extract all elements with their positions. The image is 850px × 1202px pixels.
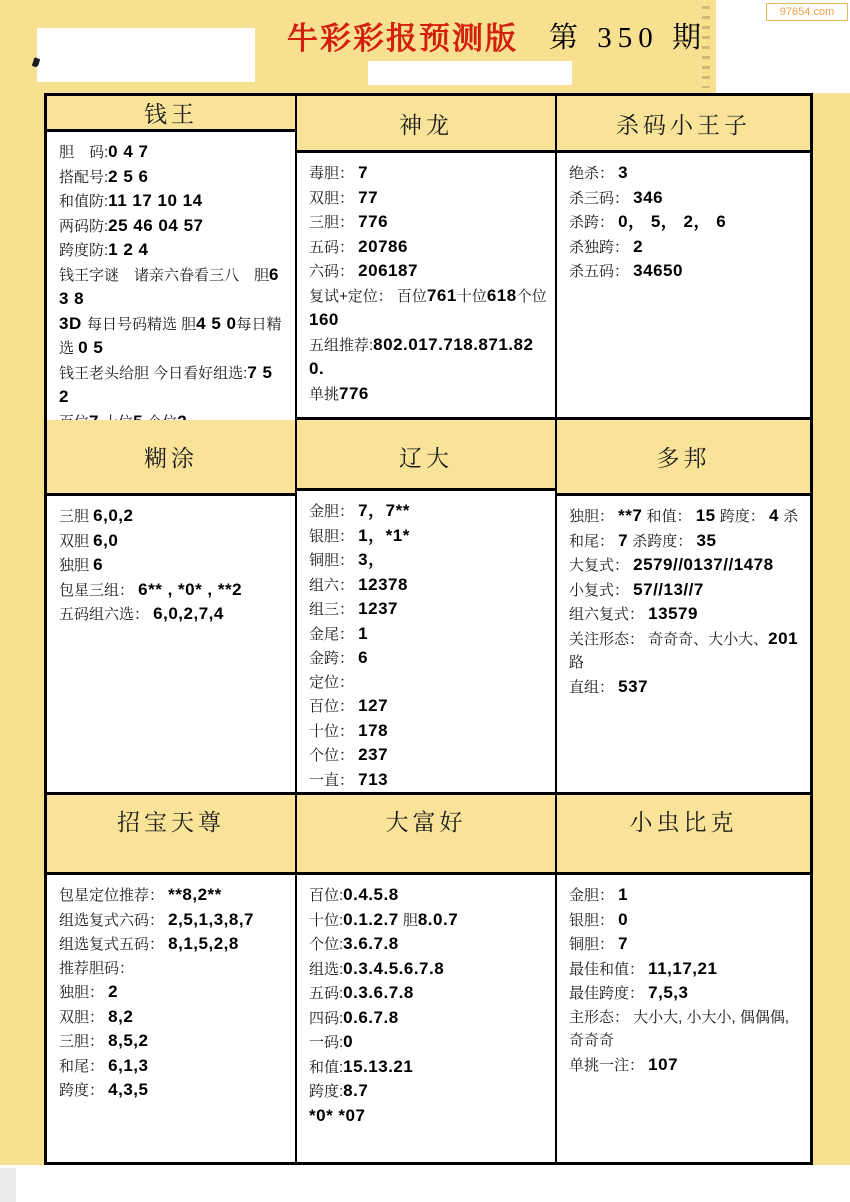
prediction-line: 跨度防:1 2 4 — [59, 238, 287, 263]
prediction-line: *0* *07 — [309, 1104, 547, 1129]
label-text: 三胆： — [309, 214, 358, 231]
panel-zhaobao-tianzun: 招宝天尊 包星定位推荐： **8,2**组选复式六码： 2,5,1,3,8,7组… — [47, 795, 297, 1162]
prediction-line: 百位:0.4.5.8 — [309, 883, 547, 908]
prediction-line: 复试+定位： 百位761十位618个位160 — [309, 284, 547, 333]
value-text: 206187 — [358, 261, 418, 280]
prediction-line: 六码： 206187 — [309, 259, 547, 284]
prediction-line: 五码组六选： 6,0,2,7,4 — [59, 602, 287, 627]
label-text: 三胆 — [59, 508, 93, 525]
cutoff-text-artifact — [702, 6, 710, 88]
prediction-line: 胆 码:0 4 7 — [59, 140, 287, 165]
prediction-line: 双胆： 77 — [309, 186, 547, 211]
prediction-line: 跨度:8.7 — [309, 1079, 547, 1104]
prediction-line: 推荐胆码： — [59, 957, 287, 981]
title-band: 牛彩彩报预测版 第 350 期 — [0, 0, 716, 93]
value-text: 2 5 6 — [108, 167, 148, 186]
prediction-line: 主形态： 大小大, 小大小, 偶偶偶, 奇奇奇 — [569, 1006, 802, 1053]
panel-title: 辽大 — [399, 440, 453, 473]
label-text: 金尾： — [309, 626, 358, 643]
label-text: 双胆： — [309, 190, 358, 207]
value-text: 0.3.4.5.6.7.8 — [343, 959, 444, 978]
value-text: 8.7 — [343, 1081, 368, 1100]
label-text: 铜胆： — [569, 936, 618, 953]
value-text: 7 — [618, 934, 628, 953]
label-text: 两码防: — [59, 218, 108, 235]
prediction-line: 个位： 237 — [309, 743, 547, 768]
label-text: 杀跨： — [569, 214, 618, 231]
prediction-line: 银胆： 1，*1* — [309, 524, 547, 549]
value-text: 6,0,2 — [93, 506, 133, 525]
label-text: 五码组六选： — [59, 606, 153, 623]
prediction-line: 五码： 20786 — [309, 235, 547, 260]
panel-header: 招宝天尊 — [47, 795, 295, 875]
prediction-line: 双胆 6,0 — [59, 529, 287, 554]
prediction-line: 金尾： 1 — [309, 622, 547, 647]
value-text: 6,0 — [93, 531, 118, 550]
panel-header: 多邦 — [557, 420, 810, 496]
label-text: 跨度： — [716, 508, 769, 525]
panel-title: 糊涂 — [144, 440, 198, 473]
label-text: 和尾： — [59, 1058, 108, 1075]
prediction-line: 搭配号:2 5 6 — [59, 165, 287, 190]
label-text: 复试+定位： 百位 — [309, 288, 427, 305]
value-text: 237 — [358, 745, 388, 764]
value-text: 6,1,3 — [108, 1056, 148, 1075]
label-text: 铜胆： — [309, 552, 358, 569]
prediction-line: 和尾： 6,1,3 — [59, 1054, 287, 1079]
label-text: 组选复式六码： — [59, 912, 168, 929]
value-text: 2 — [633, 237, 643, 256]
prediction-line: 钱王老头给胆 今日看好组选:7 5 2 — [59, 361, 287, 410]
prediction-line: 个位:3.6.7.8 — [309, 932, 547, 957]
prediction-line: 组三： 1237 — [309, 597, 547, 622]
value-text: **8,2** — [168, 885, 222, 904]
left-margin — [0, 93, 44, 1165]
label-text: 搭配号: — [59, 169, 108, 186]
label-text: 双胆： — [59, 1009, 108, 1026]
panel-body: 金胆： 7，7**银胆： 1，*1*铜胆： 3，组六： 12378组三： 123… — [297, 491, 555, 792]
value-text: 6** , *0* , **2 — [138, 580, 242, 599]
value-text: 713 — [358, 770, 388, 789]
panel-body: 胆 码:0 4 7搭配号:2 5 6和值防:11 17 10 14两码防:25 … — [47, 132, 295, 434]
label-text: 钱王字谜 诸亲六眷看三八 胆 — [59, 267, 269, 284]
prediction-line: 三胆： 8,5,2 — [59, 1029, 287, 1054]
prediction-line: 组选:0.3.4.5.6.7.8 — [309, 957, 547, 982]
panel-header: 钱王 — [47, 96, 295, 132]
value-text: 0.3.6.7.8 — [343, 983, 414, 1002]
panel-body: 毒胆： 7双胆： 77三胆： 776五码： 20786六码： 206187复试+… — [297, 153, 555, 417]
value-text: *0* *07 — [309, 1106, 365, 1125]
label-text: 五码： — [309, 239, 358, 256]
value-text: **7 — [618, 506, 642, 525]
label-text: 和值: — [309, 1059, 343, 1076]
value-text: 0， 5， 2， 6 — [618, 212, 726, 231]
value-text: 11,17,21 — [648, 959, 717, 978]
label-text: 主形态： 大小大, 小大小, 偶偶偶, 奇奇奇 — [569, 1009, 789, 1050]
value-text: 77 — [358, 188, 378, 207]
value-text: 7,5,3 — [648, 983, 688, 1002]
label-text: 路 — [569, 654, 584, 671]
label-text: 跨度: — [309, 1083, 343, 1100]
value-text: 776 — [339, 384, 369, 403]
label-text: 每日号码精选 胆 — [87, 316, 196, 333]
value-text: 346 — [633, 188, 663, 207]
prediction-line: 组六： 12378 — [309, 573, 547, 598]
label-text: 大复式： — [569, 557, 633, 574]
prediction-line: 五码:0.3.6.7.8 — [309, 981, 547, 1006]
value-text: 35 — [696, 531, 716, 550]
label-text: 单挑一注： — [569, 1057, 648, 1074]
value-text: 127 — [358, 696, 388, 715]
label-text: 独胆 — [59, 557, 93, 574]
value-text: 1 2 4 — [108, 240, 148, 259]
prediction-line: 双胆： 8,2 — [59, 1005, 287, 1030]
label-text: 毒胆： — [309, 165, 358, 182]
prediction-line: 独胆： 2 — [59, 980, 287, 1005]
label-text: 金跨： — [309, 650, 358, 667]
label-text: 跨度防: — [59, 242, 108, 259]
value-text: 0.4.5.8 — [343, 885, 399, 904]
value-text: 7 — [358, 163, 368, 182]
panel-body: 绝杀： 3杀三码： 346杀跨： 0， 5， 2， 6杀独跨： 2杀五码： 34… — [557, 153, 810, 417]
value-text: 4 5 0 — [196, 314, 236, 333]
value-text: 7，7** — [358, 501, 410, 520]
prediction-line: 组选复式五码： 8,1,5,2,8 — [59, 932, 287, 957]
label-text: 银胆： — [569, 912, 618, 929]
panel-title: 大富好 — [386, 804, 467, 837]
panel-body: 包星定位推荐： **8,2**组选复式六码： 2,5,1,3,8,7组选复式五码… — [47, 875, 295, 1162]
label-text: 十位： — [309, 723, 358, 740]
prediction-line: 定位： — [309, 671, 547, 695]
panel-body: 百位:0.4.5.8十位:0.1.2.7 胆8.0.7个位:3.6.7.8组选:… — [297, 875, 555, 1162]
label-text: 五组推荐: — [309, 337, 373, 354]
value-text: 2579//0137//1478 — [633, 555, 773, 574]
value-text: 776 — [358, 212, 388, 231]
prediction-line: 金胆： 1 — [569, 883, 802, 908]
value-text: 6 — [93, 555, 103, 574]
panel-header: 大富好 — [297, 795, 555, 875]
prediction-line: 最佳跨度： 7,5,3 — [569, 981, 802, 1006]
label-text: 银胆： — [309, 528, 358, 545]
label-text: 钱王老头给胆 今日看好组选: — [59, 365, 247, 382]
prediction-line: 跨度： 4,3,5 — [59, 1078, 287, 1103]
label-text: 杀五码： — [569, 263, 633, 280]
panel-title: 多邦 — [657, 440, 711, 473]
prediction-line: 金胆： 7，7** — [309, 499, 547, 524]
label-text: 独胆： — [59, 984, 108, 1001]
panel-qianwang: 钱王 胆 码:0 4 7搭配号:2 5 6和值防:11 17 10 14两码防:… — [47, 96, 297, 420]
panel-body: 三胆 6,0,2双胆 6,0独胆 6包星三组： 6** , *0* , **2五… — [47, 496, 295, 792]
panel-header: 神龙 — [297, 96, 555, 153]
panel-body: 金胆： 1银胆： 0铜胆： 7最佳和值： 11,17,21最佳跨度： 7,5,3… — [557, 875, 810, 1162]
prediction-line: 杀跨： 0， 5， 2， 6 — [569, 210, 802, 235]
label-text: 杀三码： — [569, 190, 633, 207]
label-text: 最佳跨度： — [569, 985, 648, 1002]
panel-header: 杀码小王子 — [557, 96, 810, 153]
value-text: 1，*1* — [358, 526, 410, 545]
value-text: 7 — [618, 531, 628, 550]
label-text: 组三： — [309, 601, 358, 618]
panel-xiaochong-bike: 小虫比克 金胆： 1银胆： 0铜胆： 7最佳和值： 11,17,21最佳跨度： … — [557, 795, 810, 1162]
value-text: 761 — [427, 286, 457, 305]
label-text: 关注形态： 奇奇奇、大小大、 — [569, 631, 768, 648]
label-text: 一码: — [309, 1034, 343, 1051]
value-text: 3.6.7.8 — [343, 934, 399, 953]
label-text: 十位 — [457, 288, 487, 305]
value-text: 4,3,5 — [108, 1080, 148, 1099]
prediction-line: 两码防:25 46 04 57 — [59, 214, 287, 239]
value-text: 0 5 — [78, 338, 103, 357]
prediction-line: 组选复式六码： 2,5,1,3,8,7 — [59, 908, 287, 933]
panel-title: 神龙 — [399, 107, 453, 140]
panel-shenlong: 神龙 毒胆： 7双胆： 77三胆： 776五码： 20786六码： 206187… — [297, 96, 557, 420]
value-text: 8,5,2 — [108, 1031, 148, 1050]
value-text: 4 — [769, 506, 779, 525]
redacted-box-left — [37, 28, 255, 82]
panel-title: 钱王 — [144, 96, 198, 129]
label-text: 双胆 — [59, 533, 93, 550]
label-text: 金胆： — [309, 503, 358, 520]
label-text: 六码： — [309, 263, 358, 280]
label-text: 组选复式五码： — [59, 936, 168, 953]
prediction-line: 和值防:11 17 10 14 — [59, 189, 287, 214]
value-text: 8,1,5,2,8 — [168, 934, 239, 953]
prediction-line: 最佳和值： 11,17,21 — [569, 957, 802, 982]
value-text: 57//13//7 — [633, 580, 704, 599]
prediction-line: 铜胆： 7 — [569, 932, 802, 957]
label-text: 个位： — [309, 747, 358, 764]
prediction-line: 组六复式： 13579 — [569, 602, 802, 627]
prediction-line: 单挑一注： 107 — [569, 1053, 802, 1078]
value-text: 3 — [618, 163, 628, 182]
label-text: 最佳和值： — [569, 961, 648, 978]
label-text: 直组： — [569, 679, 618, 696]
value-text: 0 — [618, 910, 628, 929]
value-text: 2,5,1,3,8,7 — [168, 910, 254, 929]
label-text: 十位: — [309, 912, 343, 929]
value-text: 11 17 10 14 — [108, 191, 202, 210]
value-text: 0.6.7.8 — [343, 1008, 399, 1027]
value-text: 12378 — [358, 575, 408, 594]
value-text: 15 — [696, 506, 716, 525]
label-text: 独胆： — [569, 508, 618, 525]
value-text: 618 — [487, 286, 517, 305]
label-text: 四码: — [309, 1010, 343, 1027]
value-text: 6,0,2,7,4 — [153, 604, 224, 623]
scanned-lottery-sheet: { "title": { "main": "牛彩彩报预测版", "issue":… — [0, 0, 850, 1202]
panel-shama-xiaowangzi: 杀码小王子 绝杀： 3杀三码： 346杀跨： 0， 5， 2， 6杀独跨： 2杀… — [557, 96, 810, 420]
value-text: 25 46 04 57 — [108, 216, 203, 235]
label-text: 一直： — [309, 772, 358, 789]
value-text: 8.0.7 — [418, 910, 458, 929]
value-text: 8,2 — [108, 1007, 133, 1026]
prediction-line: 独胆 6 — [59, 553, 287, 578]
label-text: 推荐胆码： — [59, 960, 134, 977]
prediction-line: 3D 每日号码精选 胆4 5 0每日精选 0 5 — [59, 312, 287, 361]
value-text: 2 — [108, 982, 118, 1001]
value-text: 1 — [358, 624, 368, 643]
prediction-line: 三胆： 776 — [309, 210, 547, 235]
prediction-line: 一直： 713 — [309, 768, 547, 793]
prediction-line: 包星三组： 6** , *0* , **2 — [59, 578, 287, 603]
prediction-line: 绝杀： 3 — [569, 161, 802, 186]
prediction-line: 单挑776 — [309, 382, 547, 407]
right-margin — [813, 93, 850, 1165]
panel-dafuhao: 大富好 百位:0.4.5.8十位:0.1.2.7 胆8.0.7个位:3.6.7.… — [297, 795, 557, 1162]
panel-header: 辽大 — [297, 420, 555, 491]
label-text: 绝杀： — [569, 165, 618, 182]
value-text: 0.1.2.7 — [343, 910, 399, 929]
redacted-box-center — [368, 61, 572, 85]
label-text: 金胆： — [569, 887, 618, 904]
label-text: 五码: — [309, 985, 343, 1002]
watermark-badge: 97654.com — [766, 3, 848, 21]
scan-smudge — [0, 1168, 16, 1202]
prediction-line: 金跨： 6 — [309, 646, 547, 671]
prediction-line: 五组推荐:802.017.718.871.820. — [309, 333, 547, 382]
label-text: 小复式： — [569, 582, 633, 599]
value-text: 1 — [618, 885, 628, 904]
value-text: 3， — [358, 550, 385, 569]
label-text: 组六复式： — [569, 606, 648, 623]
label-text: 百位： — [309, 698, 358, 715]
label-text: 个位 — [517, 288, 547, 305]
label-text: 跨度： — [59, 1082, 108, 1099]
value-text: 178 — [358, 721, 388, 740]
label-text: 组六： — [309, 577, 358, 594]
issue-number: 第 350 期 — [549, 15, 707, 56]
prediction-line: 钱王字谜 诸亲六眷看三八 胆6 3 8 — [59, 263, 287, 312]
value-text: 160 — [309, 310, 339, 329]
value-text: 201 — [768, 629, 798, 648]
prediction-line: 百位： 127 — [309, 694, 547, 719]
prediction-line: 关注形态： 奇奇奇、大小大、201路 — [569, 627, 802, 675]
label-text: 胆 码: — [59, 144, 108, 161]
prediction-table: 钱王 胆 码:0 4 7搭配号:2 5 6和值防:11 17 10 14两码防:… — [44, 93, 813, 1165]
panel-header: 糊涂 — [47, 420, 295, 496]
value-text: 15.13.21 — [343, 1057, 413, 1076]
label-text: 单挑 — [309, 386, 339, 403]
label-text: 杀跨度： — [628, 533, 696, 550]
label-text: 组选: — [309, 961, 343, 978]
value-text: 6 — [358, 648, 368, 667]
label-text: 个位: — [309, 936, 343, 953]
value-text: 20786 — [358, 237, 408, 256]
prediction-line: 一码:0 — [309, 1030, 547, 1055]
prediction-line: 杀三码： 346 — [569, 186, 802, 211]
label-text: 和值： — [642, 508, 695, 525]
prediction-line: 独胆： **7 和值： 15 跨度： 4 杀和尾： 7 杀跨度： 35 — [569, 504, 802, 553]
prediction-line: 包星定位推荐： **8,2** — [59, 883, 287, 908]
label-text: 定位： — [309, 674, 354, 691]
label-text: 杀独跨： — [569, 239, 633, 256]
value-text: 3D — [59, 314, 87, 333]
value-text: 13579 — [648, 604, 698, 623]
panel-title: 招宝天尊 — [117, 804, 225, 837]
label-text: 百位: — [309, 887, 343, 904]
value-text: 34650 — [633, 261, 683, 280]
value-text: 0 — [343, 1032, 353, 1051]
prediction-line: 小复式： 57//13//7 — [569, 578, 802, 603]
panel-hutu: 糊涂 三胆 6,0,2双胆 6,0独胆 6包星三组： 6** , *0* , *… — [47, 420, 297, 795]
page-title: 牛彩彩报预测版 — [287, 13, 518, 58]
prediction-line: 毒胆： 7 — [309, 161, 547, 186]
panel-duobang: 多邦 独胆： **7 和值： 15 跨度： 4 杀和尾： 7 杀跨度： 35大复… — [557, 420, 810, 795]
prediction-line: 大复式： 2579//0137//1478 — [569, 553, 802, 578]
label-text: 三胆： — [59, 1033, 108, 1050]
prediction-line: 银胆： 0 — [569, 908, 802, 933]
prediction-line: 十位： 178 — [309, 719, 547, 744]
label-text: 和值防: — [59, 193, 108, 210]
panel-header: 小虫比克 — [557, 795, 810, 875]
prediction-line: 四码:0.6.7.8 — [309, 1006, 547, 1031]
label-text: 包星定位推荐： — [59, 887, 168, 904]
prediction-line: 杀五码： 34650 — [569, 259, 802, 284]
prediction-line: 十位:0.1.2.7 胆8.0.7 — [309, 908, 547, 933]
prediction-line: 三胆 6,0,2 — [59, 504, 287, 529]
label-text: 胆 — [399, 912, 418, 929]
prediction-line: 和值:15.13.21 — [309, 1055, 547, 1080]
value-text: 107 — [648, 1055, 678, 1074]
panel-title: 小虫比克 — [630, 804, 738, 837]
value-text: 0 4 7 — [108, 142, 148, 161]
prediction-line: 铜胆： 3， — [309, 548, 547, 573]
panel-title: 杀码小王子 — [616, 107, 751, 140]
prediction-line: 直组： 537 — [569, 675, 802, 700]
panel-liaoda: 辽大 金胆： 7，7**银胆： 1，*1*铜胆： 3，组六： 12378组三： … — [297, 420, 557, 795]
label-text: 包星三组： — [59, 582, 138, 599]
prediction-line: 杀独跨： 2 — [569, 235, 802, 260]
panel-body: 独胆： **7 和值： 15 跨度： 4 杀和尾： 7 杀跨度： 35大复式： … — [557, 496, 810, 792]
value-text: 1237 — [358, 599, 398, 618]
value-text: 537 — [618, 677, 648, 696]
